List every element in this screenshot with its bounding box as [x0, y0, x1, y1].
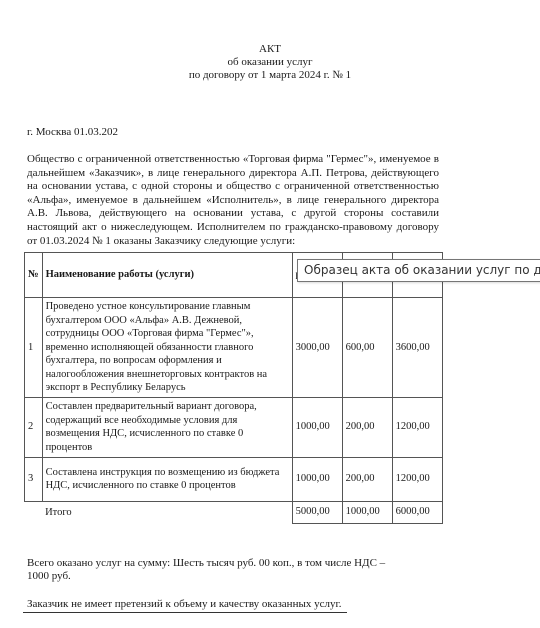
services-table: № Наименование работы (услуги) руб./коп.… — [24, 252, 443, 524]
act-contract-line: по договору от 1 марта 2024 г. № 1 — [0, 69, 540, 82]
table-row: 3 Составлена инструкция по возмещению из… — [25, 457, 443, 501]
no-claims-statement: Заказчик не имеет претензий к объему и к… — [27, 598, 342, 611]
table-row: 1 Проведено устное консультирование глав… — [25, 298, 443, 398]
totals-row: Итого 5000,00 1000,00 6000,00 — [25, 501, 443, 523]
totals-spacer — [25, 501, 43, 523]
row-no: 2 — [25, 397, 43, 457]
act-subtitle: об оказании услуг — [0, 56, 540, 69]
intro-paragraph: Общество с ограниченной ответственностью… — [27, 153, 439, 248]
totals-vat: 1000,00 — [342, 501, 392, 523]
row-sum: 1000,00 — [292, 457, 342, 501]
totals-label: Итого — [42, 501, 292, 523]
header-name: Наименование работы (услуги) — [42, 253, 292, 298]
header-no: № — [25, 253, 43, 298]
tooltip: Образец акта об оказании услуг по догово… — [297, 259, 540, 282]
row-total: 1200,00 — [392, 397, 442, 457]
row-name: Составлена инструкция по возмещению из б… — [42, 457, 292, 501]
row-name: Проведено устное консультирование главны… — [42, 298, 292, 398]
row-sum: 3000,00 — [292, 298, 342, 398]
row-vat: 200,00 — [342, 457, 392, 501]
row-name: Составлен предварительный вариант догово… — [42, 397, 292, 457]
totals-sum: 5000,00 — [292, 501, 342, 523]
row-sum: 1000,00 — [292, 397, 342, 457]
city-date: г. Москва 01.03.202 — [27, 126, 118, 139]
total-sum-text: Всего оказано услуг на сумму: Шесть тыся… — [27, 557, 407, 583]
signature-underline — [23, 612, 347, 613]
row-vat: 200,00 — [342, 397, 392, 457]
row-no: 3 — [25, 457, 43, 501]
row-vat: 600,00 — [342, 298, 392, 398]
table-row: 2 Составлен предварительный вариант дого… — [25, 397, 443, 457]
row-total: 1200,00 — [392, 457, 442, 501]
row-total: 3600,00 — [392, 298, 442, 398]
totals-total: 6000,00 — [392, 501, 442, 523]
act-title: АКТ — [0, 43, 540, 56]
row-no: 1 — [25, 298, 43, 398]
